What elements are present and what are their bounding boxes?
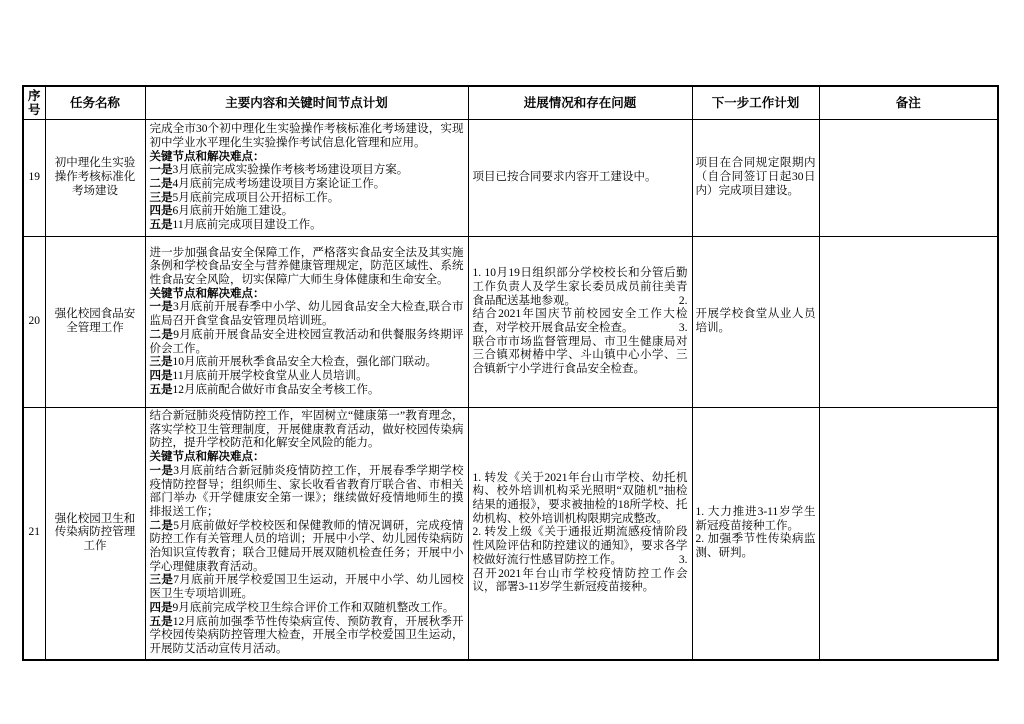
progress-cell: 1. 转发《关于2021年台山市学校、幼托机构、校外培训机构采光照明“双随机”抽… xyxy=(468,408,692,660)
progress-paragraph: 联合市市场监督管理局、市卫生健康局对三合镇邓树椿中学、斗山镇中心小学、三合镇新宁… xyxy=(473,336,688,377)
task-name: 强化校园卫生和传染病防控管理工作 xyxy=(45,408,145,660)
row-number: 19 xyxy=(23,120,45,237)
content-paragraph: 进一步加强食品安全保障工作，严格落实食品安全法及其实施条例和学校食品安全与营养健… xyxy=(150,247,464,288)
content-cell: 完成全市30个初中理化生实验操作考核标准化考场建设，实现初中学业水平理化生实验操… xyxy=(145,120,468,237)
progress-paragraph: 1. 10月19日组织部分学校校长和分管后勤工作负责人及学生家长委员成员前往美青… xyxy=(473,267,688,308)
progress-paragraph: 项目已按合同要求内容开工建设中。 xyxy=(473,171,688,185)
table-row: 21 强化校园卫生和传染病防控管理工作 结合新冠肺炎疫情防控工作，牢固树立“健康… xyxy=(23,408,998,660)
row-number: 21 xyxy=(23,408,45,660)
progress-paragraph: 召开2021年台山市学校疫情防控工作会议，部署3-11岁学生新冠疫苗接种。 xyxy=(473,568,688,595)
content-paragraph: 五是11月底前完成项目建设工作。 xyxy=(150,219,464,233)
task-progress-table: 序号 任务名称 主要内容和关键时间节点计划 进展情况和存在问题 下一步工作计划 … xyxy=(22,85,999,661)
note-cell xyxy=(819,237,998,408)
content-paragraph: 五是12月底前加强季节性传染病宣传、预防教育，开展秋季开学校园传染病防控管理大检… xyxy=(150,616,464,657)
content-cell: 进一步加强食品安全保障工作，严格落实食品安全法及其实施条例和学校食品安全与营养健… xyxy=(145,237,468,408)
header-row: 序号 任务名称 主要内容和关键时间节点计划 进展情况和存在问题 下一步工作计划 … xyxy=(23,86,998,120)
task-name: 初中理化生实验操作考核标准化考场建设 xyxy=(45,120,145,237)
table-row: 20 强化校园食品安全管理工作 进一步加强食品安全保障工作，严格落实食品安全法及… xyxy=(23,237,998,408)
header-no: 序号 xyxy=(23,86,45,120)
task-progress-table-sheet: 序号 任务名称 主要内容和关键时间节点计划 进展情况和存在问题 下一步工作计划 … xyxy=(22,85,999,661)
content-paragraph: 结合新冠肺炎疫情防控工作，牢固树立“健康第一”教育理念，落实学校卫生管理制度，开… xyxy=(150,410,464,451)
content-paragraph: 一是3月底前完成实验操作考核考场建设项目方案。 xyxy=(150,164,464,178)
task-name: 强化校园食品安全管理工作 xyxy=(45,237,145,408)
content-paragraph: 关键节点和解决难点： xyxy=(150,451,464,465)
row-number: 20 xyxy=(23,237,45,408)
header-task: 任务名称 xyxy=(45,86,145,120)
next-plan-cell: 项目在合同规定限期内（自合同签订日起30日内）完成项目建设。 xyxy=(692,120,819,237)
content-cell: 结合新冠肺炎疫情防控工作，牢固树立“健康第一”教育理念，落实学校卫生管理制度，开… xyxy=(145,408,468,660)
content-paragraph: 完成全市30个初中理化生实验操作考核标准化考场建设，实现初中学业水平理化生实验操… xyxy=(150,123,464,150)
progress-cell: 1. 10月19日组织部分学校校长和分管后勤工作负责人及学生家长委员成员前往美青… xyxy=(468,237,692,408)
content-paragraph: 关键节点和解决难点： xyxy=(150,288,464,302)
content-paragraph: 二是4月底前完成考场建设项目方案论证工作。 xyxy=(150,178,464,192)
next-plan-cell: 1. 大力推进3-11岁学生新冠疫苗接种工作。 2. 加强季节性传染病监测、研判… xyxy=(692,408,819,660)
header-note: 备注 xyxy=(819,86,998,120)
content-paragraph: 四是9月底前完成学校卫生综合评价工作和双随机整改工作。 xyxy=(150,602,464,616)
progress-paragraph: 结合2021年国庆节前校园安全工作大检查，对学校开展食品安全检查。3. xyxy=(473,308,688,335)
content-paragraph: 二是9月底前开展食品安全进校园宣教活动和供餐服务终期评价会工作。 xyxy=(150,329,464,356)
content-paragraph: 三是7月底前开展学校爱国卫生运动，开展中小学、幼儿园校医卫生专项培训班。 xyxy=(150,574,464,601)
note-cell xyxy=(819,120,998,237)
table-row: 19 初中理化生实验操作考核标准化考场建设 完成全市30个初中理化生实验操作考核… xyxy=(23,120,998,237)
header-next: 下一步工作计划 xyxy=(692,86,819,120)
note-cell xyxy=(819,408,998,660)
content-paragraph: 一是3月底前开展春季中小学、幼儿园食品安全大检查,联合市监局召开食堂食品安管理员… xyxy=(150,301,464,328)
content-paragraph: 五是12月底前配合做好市食品安全考核工作。 xyxy=(150,384,464,398)
progress-paragraph: 1. 转发《关于2021年台山市学校、幼托机构、校外培训机构采光照明“双随机”抽… xyxy=(473,472,688,527)
progress-paragraph: 2. 转发上级《关于通报近期流感疫情阶段性风险评估和防控建议的通知》，要求各学校… xyxy=(473,526,688,567)
progress-cell: 项目已按合同要求内容开工建设中。 xyxy=(468,120,692,237)
header-progress: 进展情况和存在问题 xyxy=(468,86,692,120)
content-paragraph: 三是10月底前开展秋季食品安全大检查，强化部门联动。 xyxy=(150,356,464,370)
content-paragraph: 二是5月底前做好学校校医和保健教师的情况调研，完成疫情防控工作有关管理人员的培训… xyxy=(150,520,464,575)
content-paragraph: 三是5月底前完成项目公开招标工作。 xyxy=(150,192,464,206)
content-paragraph: 一是3月底前结合新冠肺炎疫情防控工作，开展春季学期学校疫情防控督导；组织师生、家… xyxy=(150,465,464,520)
content-paragraph: 四是11月底前开展学校食堂从业人员培训。 xyxy=(150,370,464,384)
content-paragraph: 关键节点和解决难点： xyxy=(150,151,464,165)
header-content: 主要内容和关键时间节点计划 xyxy=(145,86,468,120)
next-plan-cell: 开展学校食堂从业人员培训。 xyxy=(692,237,819,408)
content-paragraph: 四是6月底前开始施工建设。 xyxy=(150,205,464,219)
